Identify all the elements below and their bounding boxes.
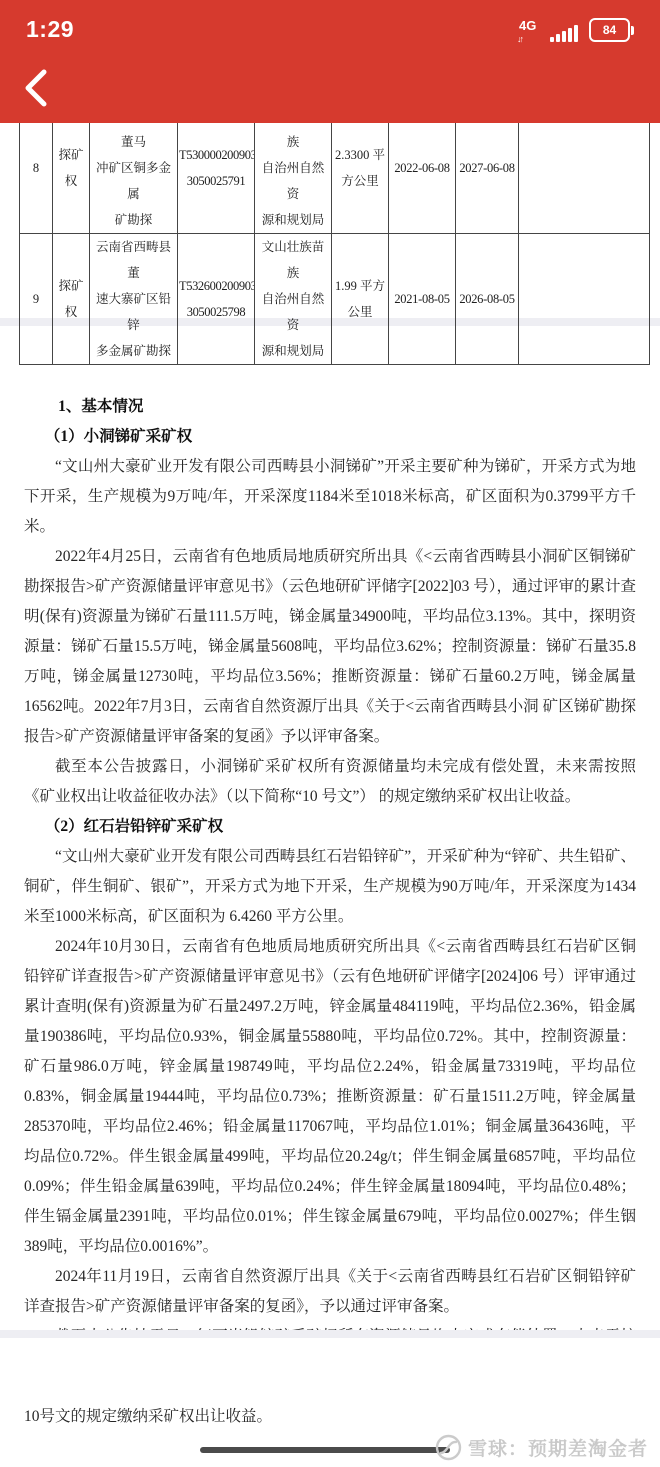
battery-icon: 84 [589,18,634,42]
section-heading: 1、基本情况 [24,392,636,422]
bottom-gesture-bar [200,1447,450,1453]
cell-end-date: 2026-08-05 [456,234,519,365]
paragraph: 2024年11月19日，云南省自然资源厅出具《关于<云南省西畴县红石岩矿区铜铅锌… [24,1262,636,1322]
table-row-9: 9 探矿 权 云南省西畴县董 速大寨矿区铅锌 多金属矿勘探 T532600200… [20,234,650,365]
paragraph: 2024年10月30日，云南省有色地质局地质研究所出具《<云南省西畴县红石岩矿区… [24,932,636,1262]
chevron-left-icon [20,66,54,110]
cell-right-type: 探矿 权 [53,234,90,365]
watermark-text: 雪球：预期差淘金者 [468,1434,648,1461]
mining-rights-table: 8 探矿 权 云南省西畴县董马 冲矿区铜多金属 矿勘探 T53000020090… [19,102,650,365]
cell-area: 1.99 平方 公里 [332,234,389,365]
back-button[interactable] [20,66,64,114]
status-bar: 1:29 4G ↓↑ 84 [0,0,660,52]
paragraph: 截至本公告披露日，小洞锑矿采矿权所有资源储量均未完成有偿处置，未来需按照《矿业权… [24,752,636,812]
paragraph: 截至本公告披露日，红石岩铅锌矿采矿权所有资源储量均未完成有偿处置，未来需按照 [24,1322,636,1330]
app-header: 1:29 4G ↓↑ 84 [0,0,660,123]
watermark: 雪球：预期差淘金者 [435,1434,648,1461]
battery-percent-text: 84 [603,23,616,37]
network-4g-icon: 4G ↓↑ [517,20,541,42]
paragraph: 2022年4月25日，云南省有色地质局地质研究所出具《<云南省西畴县小洞矿区铜锑… [24,542,636,752]
cell-authority: 文山壮族苗族 自治州自然资 源和规划局 [255,234,332,365]
subsection-heading: （1）小洞锑矿采矿权 [24,422,636,452]
cell-index: 9 [20,234,53,365]
cell-license-no: T532600200903 3050025798 [178,234,255,365]
cell-start-date: 2021-08-05 [389,234,456,365]
paragraph: “文山州大豪矿业开发有限公司西畴县小洞锑矿”开采主要矿种为锑矿，开采方式为地下开… [24,452,636,542]
clock-text: 1:29 [26,10,74,43]
cell-project-name: 云南省西畴县董 速大寨矿区铅锌 多金属矿勘探 [90,234,178,365]
data-arrows-icon: ↓↑ [517,34,522,44]
xueqiu-logo-icon [435,1434,462,1461]
subsection-heading: （2）红石岩铅锌矿采矿权 [24,812,636,842]
cell-empty [519,234,650,365]
document-body: 1、基本情况 （1）小洞锑矿采矿权 “文山州大豪矿业开发有限公司西畴县小洞锑矿”… [24,392,636,1330]
screenshot-root: 1:29 4G ↓↑ 84 [0,0,660,1467]
page-divider [0,1330,660,1338]
signal-strength-icon [550,22,578,42]
status-icons: 4G ↓↑ 84 [517,10,634,42]
paragraph: “文山州大豪矿业开发有限公司西畴县红石岩铅锌矿”，开采矿种为“锌矿、共生铅矿、铜… [24,842,636,932]
continuation-paragraph: 10号文的规定缴纳采矿权出让收益。 [24,1402,636,1432]
